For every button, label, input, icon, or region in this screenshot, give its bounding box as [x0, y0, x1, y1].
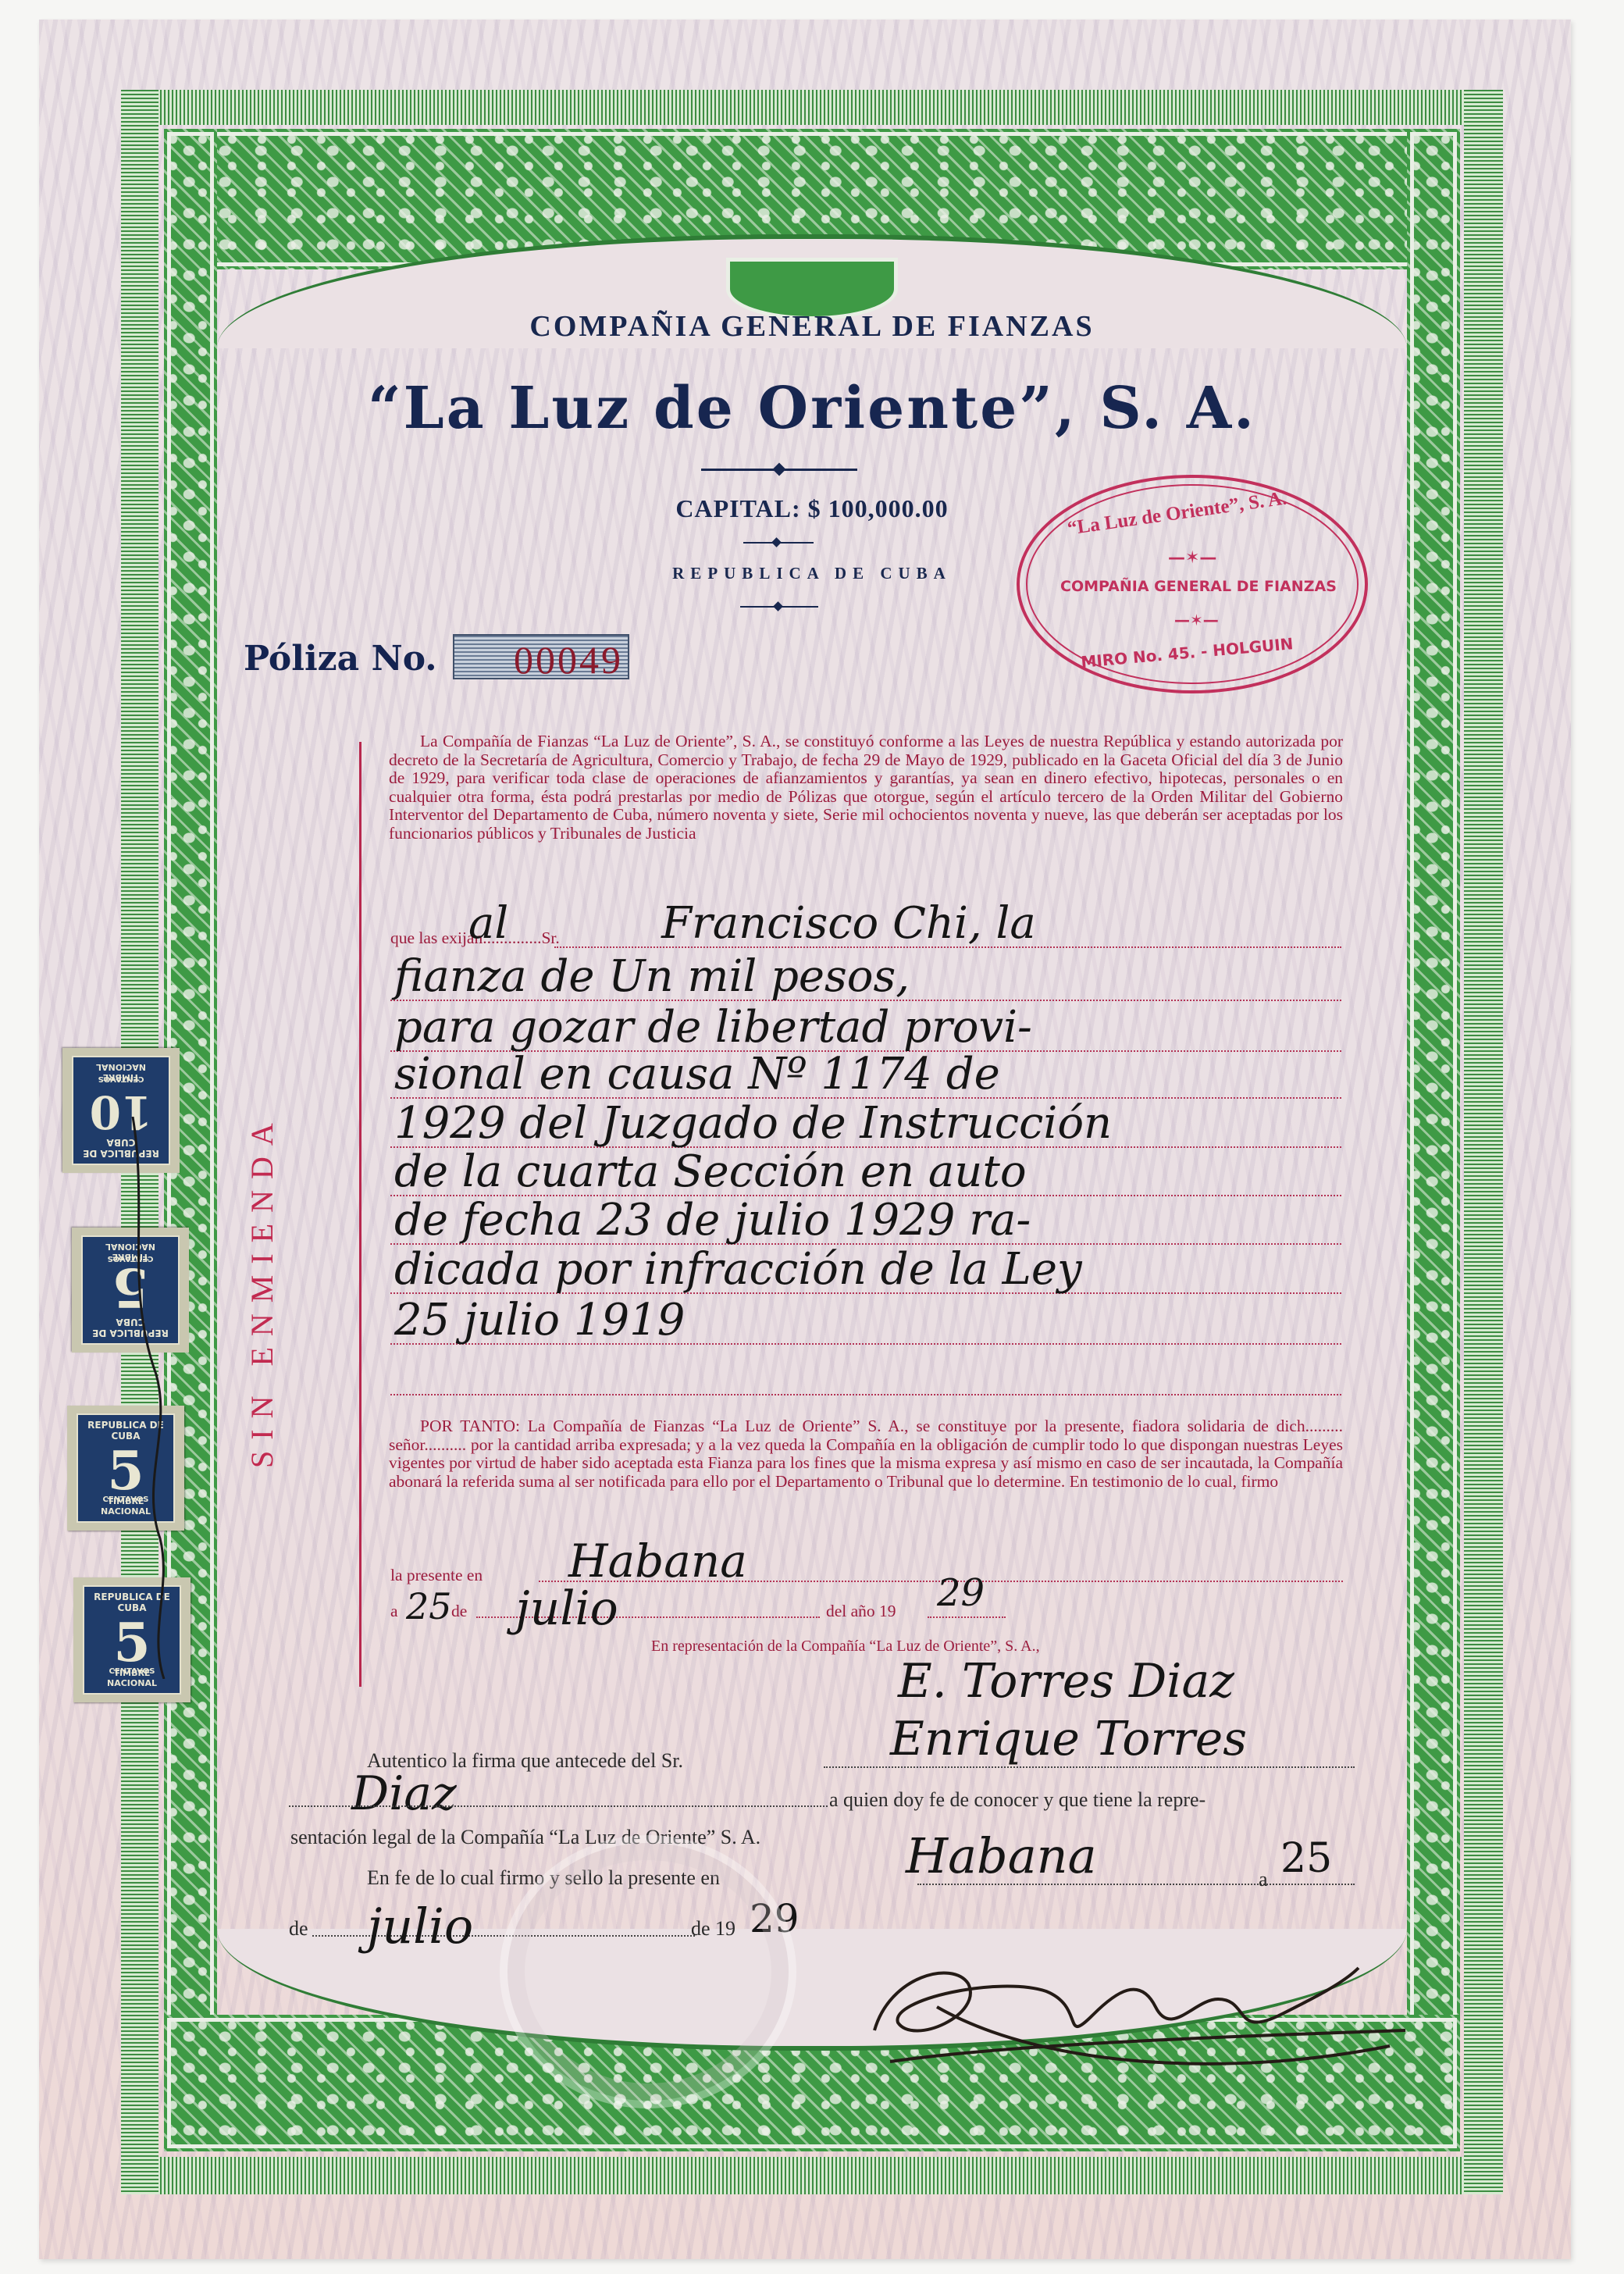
auth-line5-label: de — [289, 1917, 308, 1941]
country-divider — [740, 606, 818, 608]
fill-line — [390, 1394, 1341, 1395]
month-label: de — [451, 1602, 467, 1621]
policy-label: Póliza No. — [244, 639, 437, 679]
handwritten-line: de fecha 23 de julio 1929 ra- — [394, 1195, 1031, 1246]
intro-text: La Compañía de Fianzas “La Luz de Orient… — [389, 732, 1343, 843]
handwritten-line: 1929 del Juzgado de Instrucción — [394, 1098, 1112, 1149]
border-hatch-bottom — [121, 2157, 1503, 2194]
seal-ornament-icon: —✶— — [1168, 548, 1216, 568]
company-rep-signature: E. Torres Diaz — [898, 1654, 1234, 1709]
month-value: julio — [515, 1581, 618, 1636]
auth-line4-day: 25 — [1280, 1835, 1332, 1882]
auth-line4-day-label: a — [1259, 1868, 1268, 1891]
policy-number: 00049 — [514, 637, 623, 683]
embossed-notary-seal — [500, 1835, 796, 2108]
border-hatch-top — [121, 90, 1503, 125]
handwritten-line: de la cuarta Sección en auto — [394, 1146, 1027, 1197]
day-value: 25 — [406, 1585, 452, 1627]
auth-line2-value: Diaz — [351, 1766, 457, 1821]
seal-ornament-icon: —✶— — [1174, 611, 1219, 629]
capital-divider — [743, 542, 814, 544]
title-divider — [701, 469, 857, 471]
handwritten-line: dicada por infracción de la Ley — [394, 1244, 1082, 1295]
handwritten-line: 25 julio 1919 — [394, 1295, 685, 1346]
country-label: REPUBLICA DE CUBA — [0, 564, 1624, 583]
notary-signature-icon — [843, 1929, 1437, 2085]
place-label: la presente en — [390, 1566, 483, 1585]
year-label: del año 19 — [826, 1602, 896, 1621]
handwritten-line: sional en causa Nº 1174 de — [394, 1049, 1000, 1100]
auth-line5-month: julio — [367, 1898, 473, 1955]
handwritten-line: para gozar de libertad provi- — [394, 1002, 1032, 1053]
por-tanto-text: POR TANTO: La Compañía de Fianzas “La Lu… — [389, 1417, 1343, 1491]
handwritten-line: al Francisco Chi, la — [468, 898, 1036, 949]
auth-line2-label: a quien doy fe de conocer y que tiene la… — [829, 1788, 1206, 1812]
company-seal-stamp: “La Luz de Oriente”, S. A. —✶— COMPAÑIA … — [1017, 475, 1368, 693]
company-name: “La Luz de Oriente”, S. A. — [0, 375, 1624, 442]
auth-line2-dots — [289, 1805, 828, 1807]
capital-amount: CAPITAL: $ 100,000.00 — [0, 494, 1624, 523]
auth-line1-value: Enrique Torres — [890, 1712, 1247, 1766]
company-line: COMPAÑIA GENERAL DE FIANZAS — [0, 309, 1624, 344]
stamp-cancellation-stroke-icon — [117, 1117, 195, 1679]
por-tanto-paragraph: POR TANTO: La Compañía de Fianzas “La Lu… — [389, 1417, 1343, 1491]
year-line — [928, 1616, 1006, 1618]
auth-line1-dots — [824, 1766, 1355, 1768]
day-prefix: a — [390, 1602, 398, 1621]
policy-number-box: 00049 — [453, 634, 629, 679]
no-amendment-label: SIN ENMIENDA — [244, 1112, 280, 1468]
seal-center-text: COMPAÑIA GENERAL DE FIANZAS — [1060, 578, 1337, 595]
auth-line4-place: Habana — [906, 1827, 1097, 1884]
handwritten-line: fianza de Un mil pesos, — [394, 951, 910, 1002]
year-value: 29 — [937, 1571, 985, 1615]
margin-rule — [359, 742, 361, 1687]
intro-paragraph: La Compañía de Fianzas “La Luz de Orient… — [389, 732, 1343, 843]
place-value: Habana — [568, 1534, 747, 1588]
